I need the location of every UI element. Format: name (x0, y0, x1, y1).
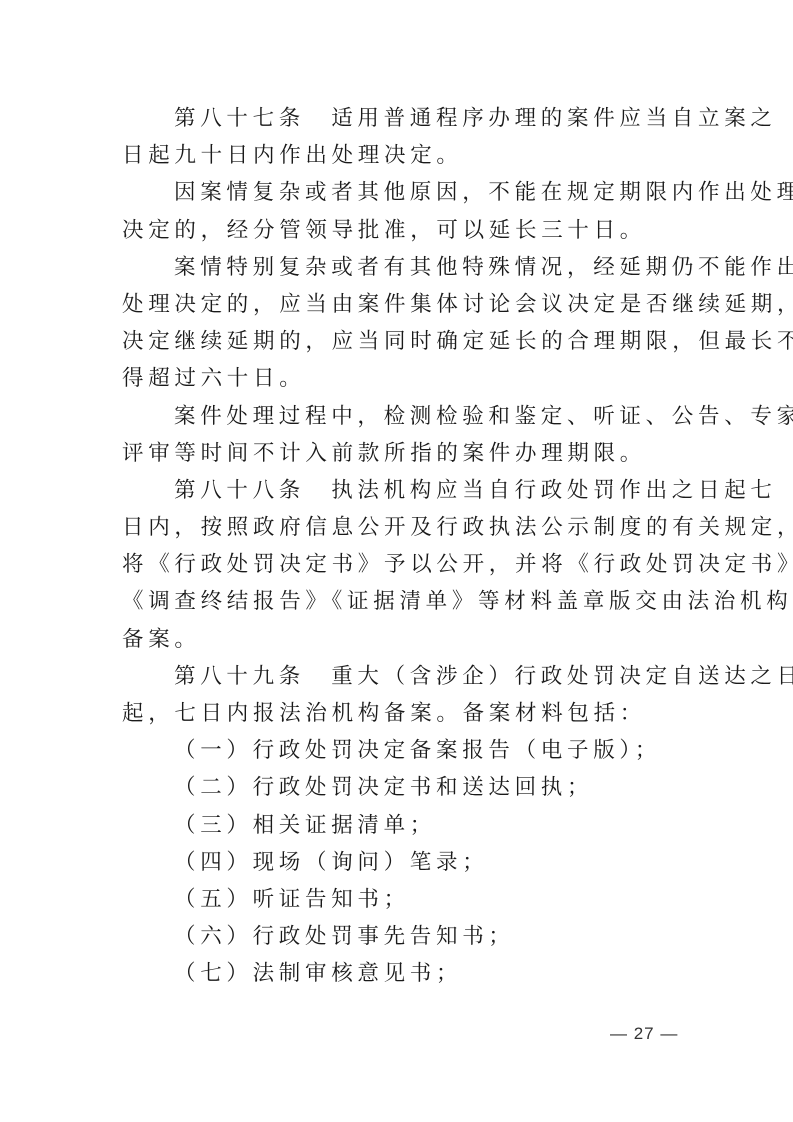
page-number: — 27 — (610, 1024, 678, 1044)
article-88-line-1: 第八十八条 执法机构应当自行政处罚作出之日起七 (122, 472, 674, 509)
article-87-line-1: 第八十七条 适用普通程序办理的案件应当自立案之 (122, 100, 674, 137)
list-item-6: （六）行政处罚事先告知书； (122, 918, 674, 955)
paragraph-exclusion-line-1: 案件处理过程中，检测检验和鉴定、听证、公告、专家 (122, 398, 674, 435)
paragraph-special-line-2: 处理决定的，应当由案件集体讨论会议决定是否继续延期， (122, 286, 674, 323)
paragraph-exclusion-line-2: 评审等时间不计入前款所指的案件办理期限。 (122, 435, 674, 472)
paragraph-special-line-4: 得超过六十日。 (122, 360, 674, 397)
list-item-4: （四）现场（询问）笔录； (122, 844, 674, 881)
document-body: 第八十七条 适用普通程序办理的案件应当自立案之 日起九十日内作出处理决定。 因案… (122, 100, 674, 993)
list-item-1: （一）行政处罚决定备案报告（电子版）； (122, 732, 674, 769)
article-88-line-4: 《调查终结报告》《证据清单》等材料盖章版交由法治机构 (122, 583, 674, 620)
article-87-line-2: 日起九十日内作出处理决定。 (122, 137, 674, 174)
list-item-2: （二）行政处罚决定书和送达回执； (122, 769, 674, 806)
paragraph-extension-line-1: 因案情复杂或者其他原因，不能在规定期限内作出处理 (122, 174, 674, 211)
article-89-line-1: 第八十九条 重大（含涉企）行政处罚决定自送达之日 (122, 658, 674, 695)
paragraph-extension-line-2: 决定的，经分管领导批准，可以延长三十日。 (122, 212, 674, 249)
list-item-7: （七）法制审核意见书； (122, 955, 674, 992)
article-88-line-5: 备案。 (122, 621, 674, 658)
article-88-line-2: 日内，按照政府信息公开及行政执法公示制度的有关规定， (122, 509, 674, 546)
article-89-line-2: 起，七日内报法治机构备案。备案材料包括： (122, 695, 674, 732)
list-item-5: （五）听证告知书； (122, 881, 674, 918)
paragraph-special-line-1: 案情特别复杂或者有其他特殊情况，经延期仍不能作出 (122, 249, 674, 286)
list-item-3: （三）相关证据清单； (122, 807, 674, 844)
article-88-line-3: 将《行政处罚决定书》予以公开，并将《行政处罚决定书》 (122, 546, 674, 583)
paragraph-special-line-3: 决定继续延期的，应当同时确定延长的合理期限，但最长不 (122, 323, 674, 360)
